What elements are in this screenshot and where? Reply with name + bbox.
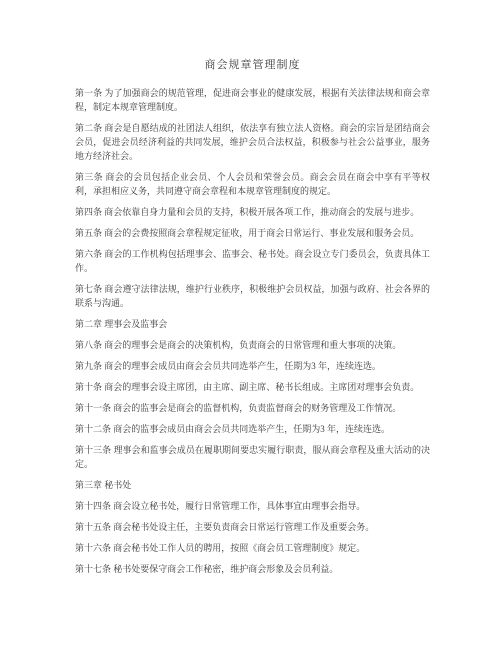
article-paragraph-14: 第十四条 商会设立秘书处，履行日常管理工作，具体事宜由理事会指导。 xyxy=(75,499,430,513)
article-paragraph-11: 第十一条 商会的监事会是商会的监督机构，负责监督商会的财务管理及工作情况。 xyxy=(75,401,430,415)
article-paragraph-5: 第五条 商会的会费按照商会章程规定征收，用于商会日常运行、事业发展和服务会员。 xyxy=(75,226,430,240)
article-paragraph-1: 第一条 为了加强商会的规范管理，促进商会事业的健康发展，根据有关法律法规和商会章… xyxy=(75,86,430,114)
article-paragraph-4: 第四条 商会依靠自身力量和会员的支持，积极开展各项工作，推动商会的发展与进步。 xyxy=(75,205,430,219)
article-paragraph-15: 第十五条 商会秘书处设主任，主要负责商会日常运行管理工作及重要会务。 xyxy=(75,520,430,534)
article-paragraph-2: 第二条 商会是自愿结成的社团法人组织，依法享有独立法人资格。商会的宗旨是团结商会… xyxy=(75,121,430,163)
document-title: 商会规章管理制度 xyxy=(75,58,430,72)
article-paragraph-7: 第七条 商会遵守法律法规，维护行业秩序，积极维护会员权益，加强与政府、社会各界的… xyxy=(75,282,430,310)
article-paragraph-12: 第十二条 商会的监事会成员由商会会员共同选举产生，任期为3 年，连续连选。 xyxy=(75,422,430,436)
article-paragraph-3: 第三条 商会的会员包括企业会员、个人会员和荣誉会员。商会会员在商会中享有平等权利… xyxy=(75,170,430,198)
article-paragraph-6: 第六条 商会的工作机构包括理事会、监事会、秘书处。商会设立专门委员会，负责具体工… xyxy=(75,247,430,275)
article-paragraph-10: 第十条 商会的理事会设主席团，由主席、副主席、秘书长组成。主席团对理事会负责。 xyxy=(75,380,430,394)
article-paragraph-9: 第九条 商会的理事会成员由商会会员共同选举产生，任期为3 年，连续连选。 xyxy=(75,359,430,373)
chapter-heading-3: 第三章 秘书处 xyxy=(75,478,430,492)
document-page: 商会规章管理制度 第一条 为了加强商会的规范管理，促进商会事业的健康发展，根据有… xyxy=(0,0,502,649)
article-paragraph-13: 第十三条 理事会和监事会成员在履职期间要忠实履行职责，服从商会章程及重大活动的决… xyxy=(75,443,430,471)
document-content: 商会规章管理制度 第一条 为了加强商会的规范管理，促进商会事业的健康发展，根据有… xyxy=(0,0,502,576)
article-paragraph-8: 第八条 商会的理事会是商会的决策机构，负责商会的日常管理和重大事项的决策。 xyxy=(75,338,430,352)
chapter-heading-2: 第二章 理事会及监事会 xyxy=(75,317,430,331)
article-paragraph-16: 第十六条 商会秘书处工作人员的聘用，按照《商会员工管理制度》规定。 xyxy=(75,541,430,555)
article-paragraph-17: 第十七条 秘书处要保守商会工作秘密，维护商会形象及会员利益。 xyxy=(75,562,430,576)
